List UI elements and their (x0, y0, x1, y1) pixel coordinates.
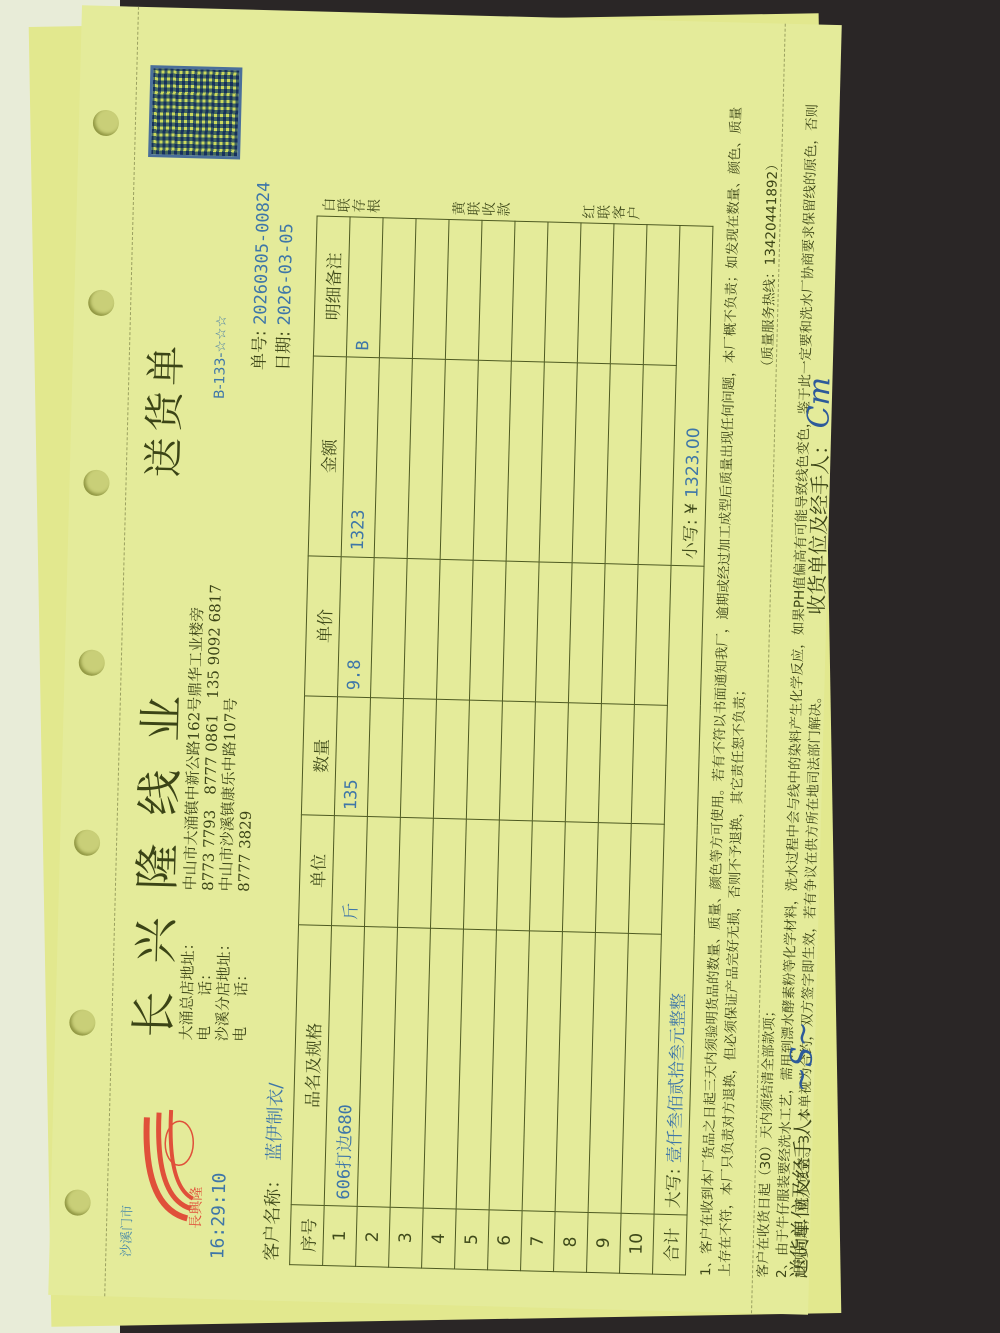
location-code: B-133-☆☆☆ (212, 315, 230, 399)
col-header: 明细备注 (313, 216, 350, 357)
delivery-note: 沙溪门市 長興隆 16:29:10 长兴隆线业 送货单 大涌总店地址：中山市大涌… (48, 5, 842, 1314)
customer-name: 客户名称：蓝伊制衣/ (257, 1082, 288, 1261)
tractor-hole (88, 290, 115, 317)
perforation-strip-top (48, 5, 139, 1296)
qr-code-icon (148, 65, 242, 159)
tractor-hole (83, 469, 110, 496)
col-header: 金额 (308, 356, 346, 557)
col-header: 单位 (299, 815, 335, 926)
document-type-title: 送货单 (132, 339, 193, 478)
copy-label-yellow: 黄联收款 (453, 195, 514, 217)
tractor-hole (64, 1189, 91, 1216)
tractor-hole (69, 1009, 96, 1036)
tractor-hole (93, 110, 120, 137)
col-header: 序号 (290, 1205, 325, 1266)
print-time: 16:29:10 (207, 1172, 230, 1259)
col-header: 单价 (305, 556, 342, 697)
tractor-hole (78, 649, 105, 676)
svg-text:長興隆: 長興隆 (188, 1186, 205, 1228)
col-header: 数量 (301, 695, 337, 816)
copy-label-red: 红联客户 (583, 198, 644, 220)
company-logo-icon: 長興隆 (132, 1087, 206, 1239)
tractor-hole (74, 829, 101, 856)
copy-label-white: 白联存根 (323, 192, 384, 214)
delivery-note-photo: 沙溪门市 長興隆 16:29:10 长兴隆线业 送货单 大涌总店地址：中山市大涌… (60, 10, 830, 1310)
order-date: 日期: 2026-03-05 (269, 223, 298, 371)
items-table: 序号 品名及规格 单位 数量 单价 金额 明细备注 1 606打边680 斤 1… (289, 215, 713, 1275)
